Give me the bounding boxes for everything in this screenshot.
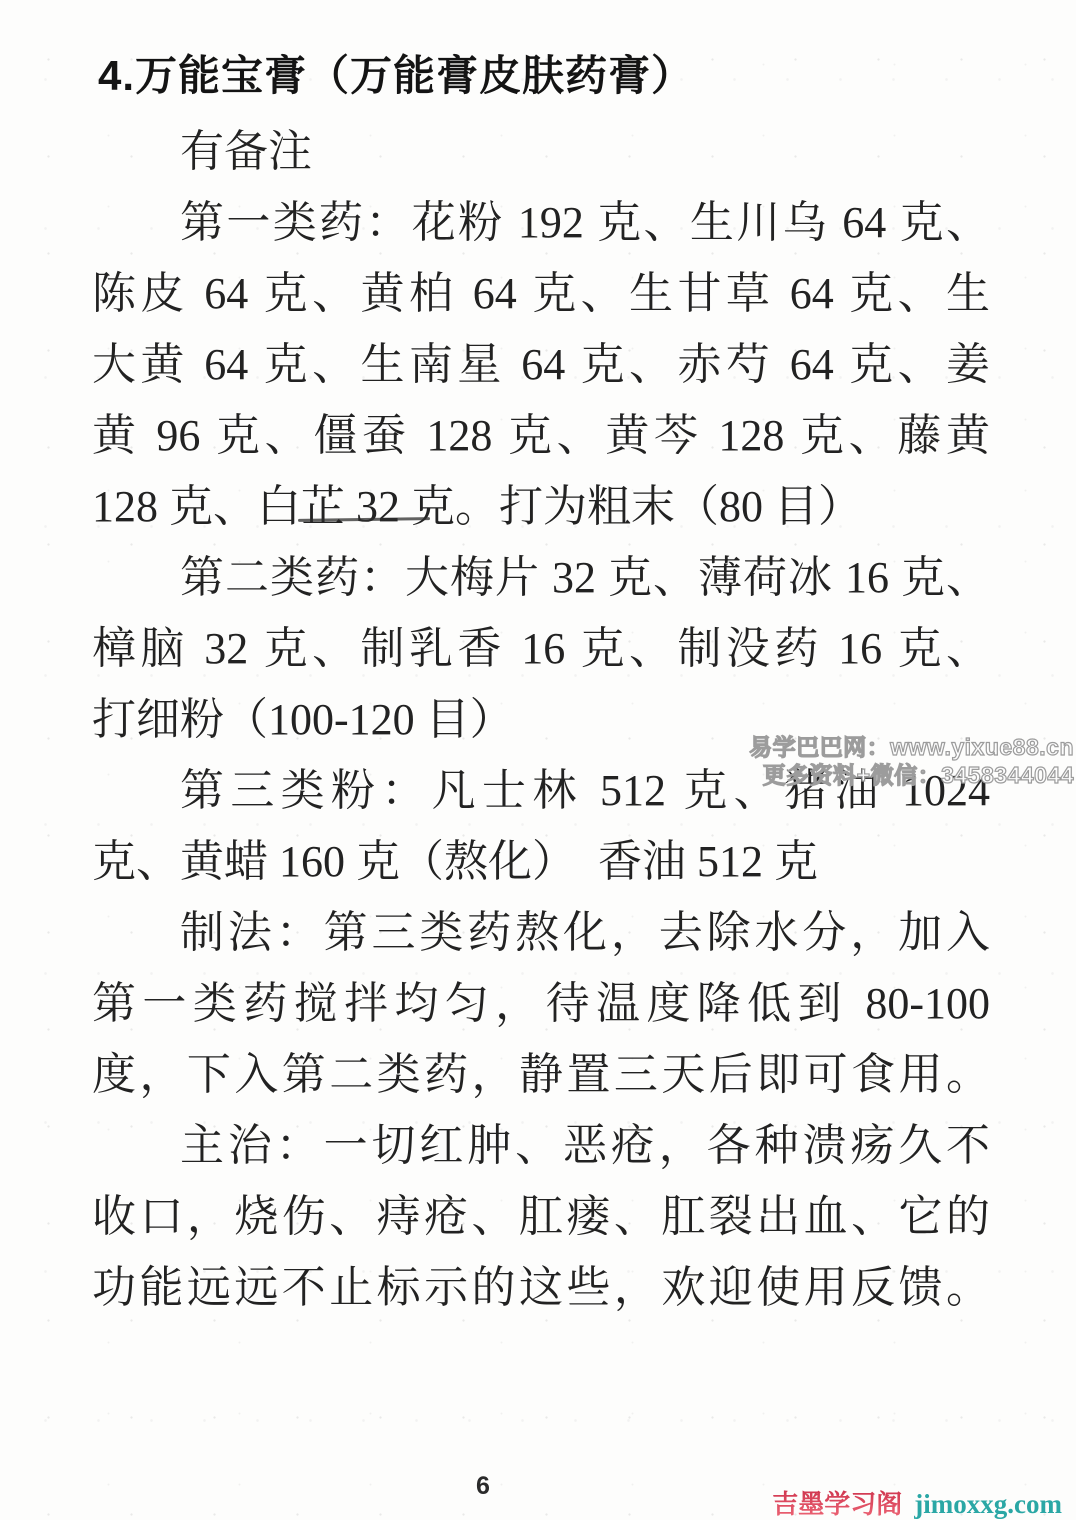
watermark: 易学巴巴网：www.yixue88.cn 更多资料+微信：3458344044 [749, 733, 1074, 789]
footer-site-url: jimoxxg.com [914, 1489, 1062, 1520]
watermark-contact-line: 更多资料+微信：3458344044 [749, 761, 1074, 789]
watermark-site-line: 易学巴巴网：www.yixue88.cn [749, 733, 1074, 761]
text-line: 功能远远不止标示的这些，欢迎使用反馈。 [92, 1252, 990, 1323]
scanned-document-page: 4.万能宝膏（万能膏皮肤药膏） 有备注 第一类药：花粉 192 克、生川乌 64… [0, 0, 1076, 1520]
note-line: 有备注 [92, 116, 990, 187]
footer-brand-name: 吉墨学习阁 [772, 1484, 902, 1520]
text-line: 收口，烧伤、痔疮、肛瘘、肛裂出血、它的 [92, 1181, 990, 1252]
footer-branding: 吉墨学习阁 jimoxxg.com [772, 1484, 1062, 1520]
text-line: 黄 96 克、僵蚕 128 克、黄芩 128 克、藤黄 [92, 400, 990, 471]
text-line: 大黄 64 克、生南星 64 克、赤芍 64 克、姜 [92, 329, 990, 400]
text-line: 制法：第三类药熬化，去除水分，加入 [92, 897, 990, 968]
text-line: 陈皮 64 克、黄柏 64 克、生甘草 64 克、生 [92, 258, 990, 329]
text-line: 第一类药搅拌均匀，待温度降低到 80-100 [92, 968, 990, 1039]
text-line: 128 克、白芷 32 克。打为粗末（80 目） [92, 471, 990, 542]
text-line: 克、黄蜡 160 克（熬化） 香油 512 克 [92, 826, 990, 897]
page-number: 6 [476, 1472, 490, 1501]
page-title: 4.万能宝膏（万能膏皮肤药膏） [98, 50, 990, 102]
text-line: 樟脑 32 克、制乳香 16 克、制没药 16 克、 [92, 613, 990, 684]
text-line: 度，下入第二类药，静置三天后即可食用。 [92, 1039, 990, 1110]
text-line: 第一类药：花粉 192 克、生川乌 64 克、 [92, 187, 990, 258]
text-line: 主治：一切红肿、恶疮，各种溃疡久不 [92, 1110, 990, 1181]
text-line: 第二类药：大梅片 32 克、薄荷冰 16 克、 [92, 542, 990, 613]
document-body: 4.万能宝膏（万能膏皮肤药膏） 有备注 第一类药：花粉 192 克、生川乌 64… [92, 50, 990, 1323]
